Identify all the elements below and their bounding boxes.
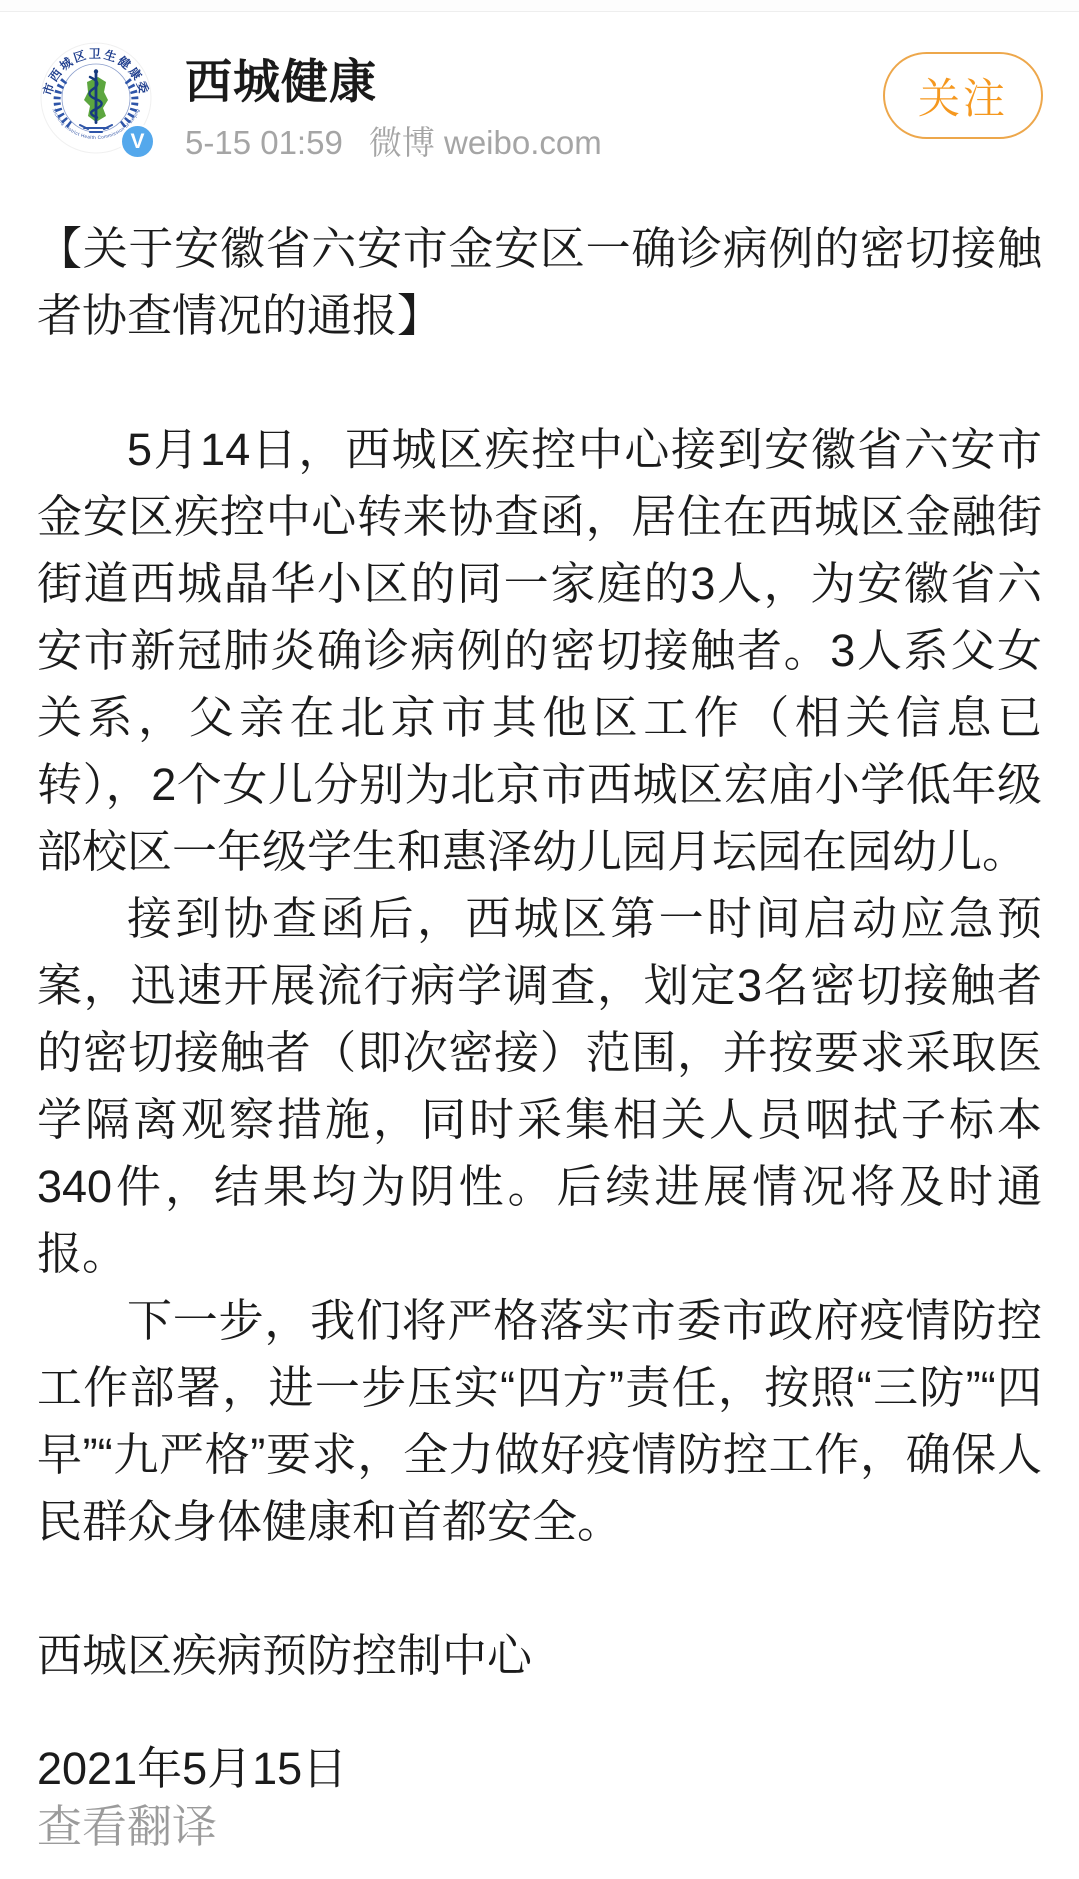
- translate-link[interactable]: 查看翻译: [37, 1802, 217, 1852]
- verified-badge: V: [120, 124, 155, 159]
- post-content: 【关于安徽省六安市金安区一确诊病例的密切接触者协查情况的通报】 5月14日，西城…: [0, 215, 1079, 1852]
- account-name[interactable]: 西城健康: [185, 56, 602, 108]
- avatar[interactable]: 北京市西城区卫生健康委员会 Xicheng District Health Co…: [40, 42, 152, 154]
- post-meta: 5-15 01:59微博 weibo.com: [185, 124, 602, 162]
- weibo-post-page: 北京市西城区卫生健康委员会 Xicheng District Health Co…: [0, 0, 1079, 1879]
- post-paragraph-2: 接到协查函后，西城区第一时间启动应急预案，迅速开展流行病学调查，划定3名密切接触…: [37, 885, 1042, 1287]
- post-header: 北京市西城区卫生健康委员会 Xicheng District Health Co…: [0, 12, 1079, 162]
- post-paragraph-3: 下一步，我们将严格落实市委市政府疫情防控工作部署，进一步压实“四方”责任，按照“…: [37, 1287, 1042, 1555]
- signature: 西城区疾病预防控制中心: [37, 1622, 1042, 1689]
- top-divider: [0, 0, 1079, 12]
- post-title: 【关于安徽省六安市金安区一确诊病例的密切接触者协查情况的通报】: [37, 215, 1042, 349]
- header-text: 西城健康 5-15 01:59微博 weibo.com: [185, 42, 602, 162]
- follow-button[interactable]: 关注: [883, 52, 1043, 139]
- post-date: 2021年5月15日: [37, 1744, 1042, 1794]
- timestamp: 5-15 01:59: [185, 124, 343, 161]
- source-link[interactable]: 微博 weibo.com: [369, 124, 602, 161]
- post-paragraph-1: 5月14日，西城区疾控中心接到安徽省六安市金安区疾控中心转来协查函，居住在西城区…: [37, 416, 1042, 885]
